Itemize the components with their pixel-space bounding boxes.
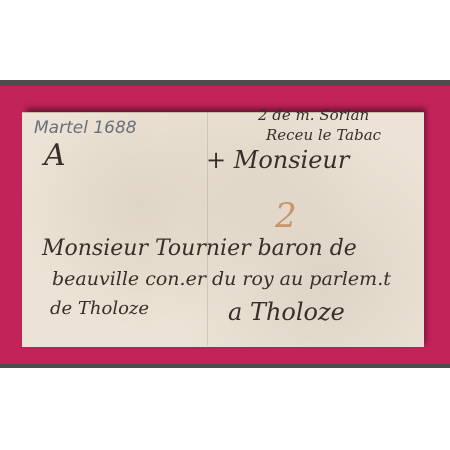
top-right-note-line1: 2 de m. Sorlan (258, 106, 369, 124)
destination: a Tholoze (228, 298, 345, 326)
postal-rate-mark: 2 (275, 196, 297, 236)
address-line-2: beauville con.er du roy au parlem.t (52, 268, 391, 290)
top-right-note-line2: Receu le Tabac (266, 126, 381, 144)
pencil-note: Martel 1688 (34, 118, 137, 138)
monsieur-heading: + Monsieur (206, 146, 349, 174)
address-line-3: de Tholoze (50, 298, 149, 319)
top-left-mark: A (44, 138, 66, 173)
address-line-1: Monsieur Tournier baron de (42, 236, 357, 261)
